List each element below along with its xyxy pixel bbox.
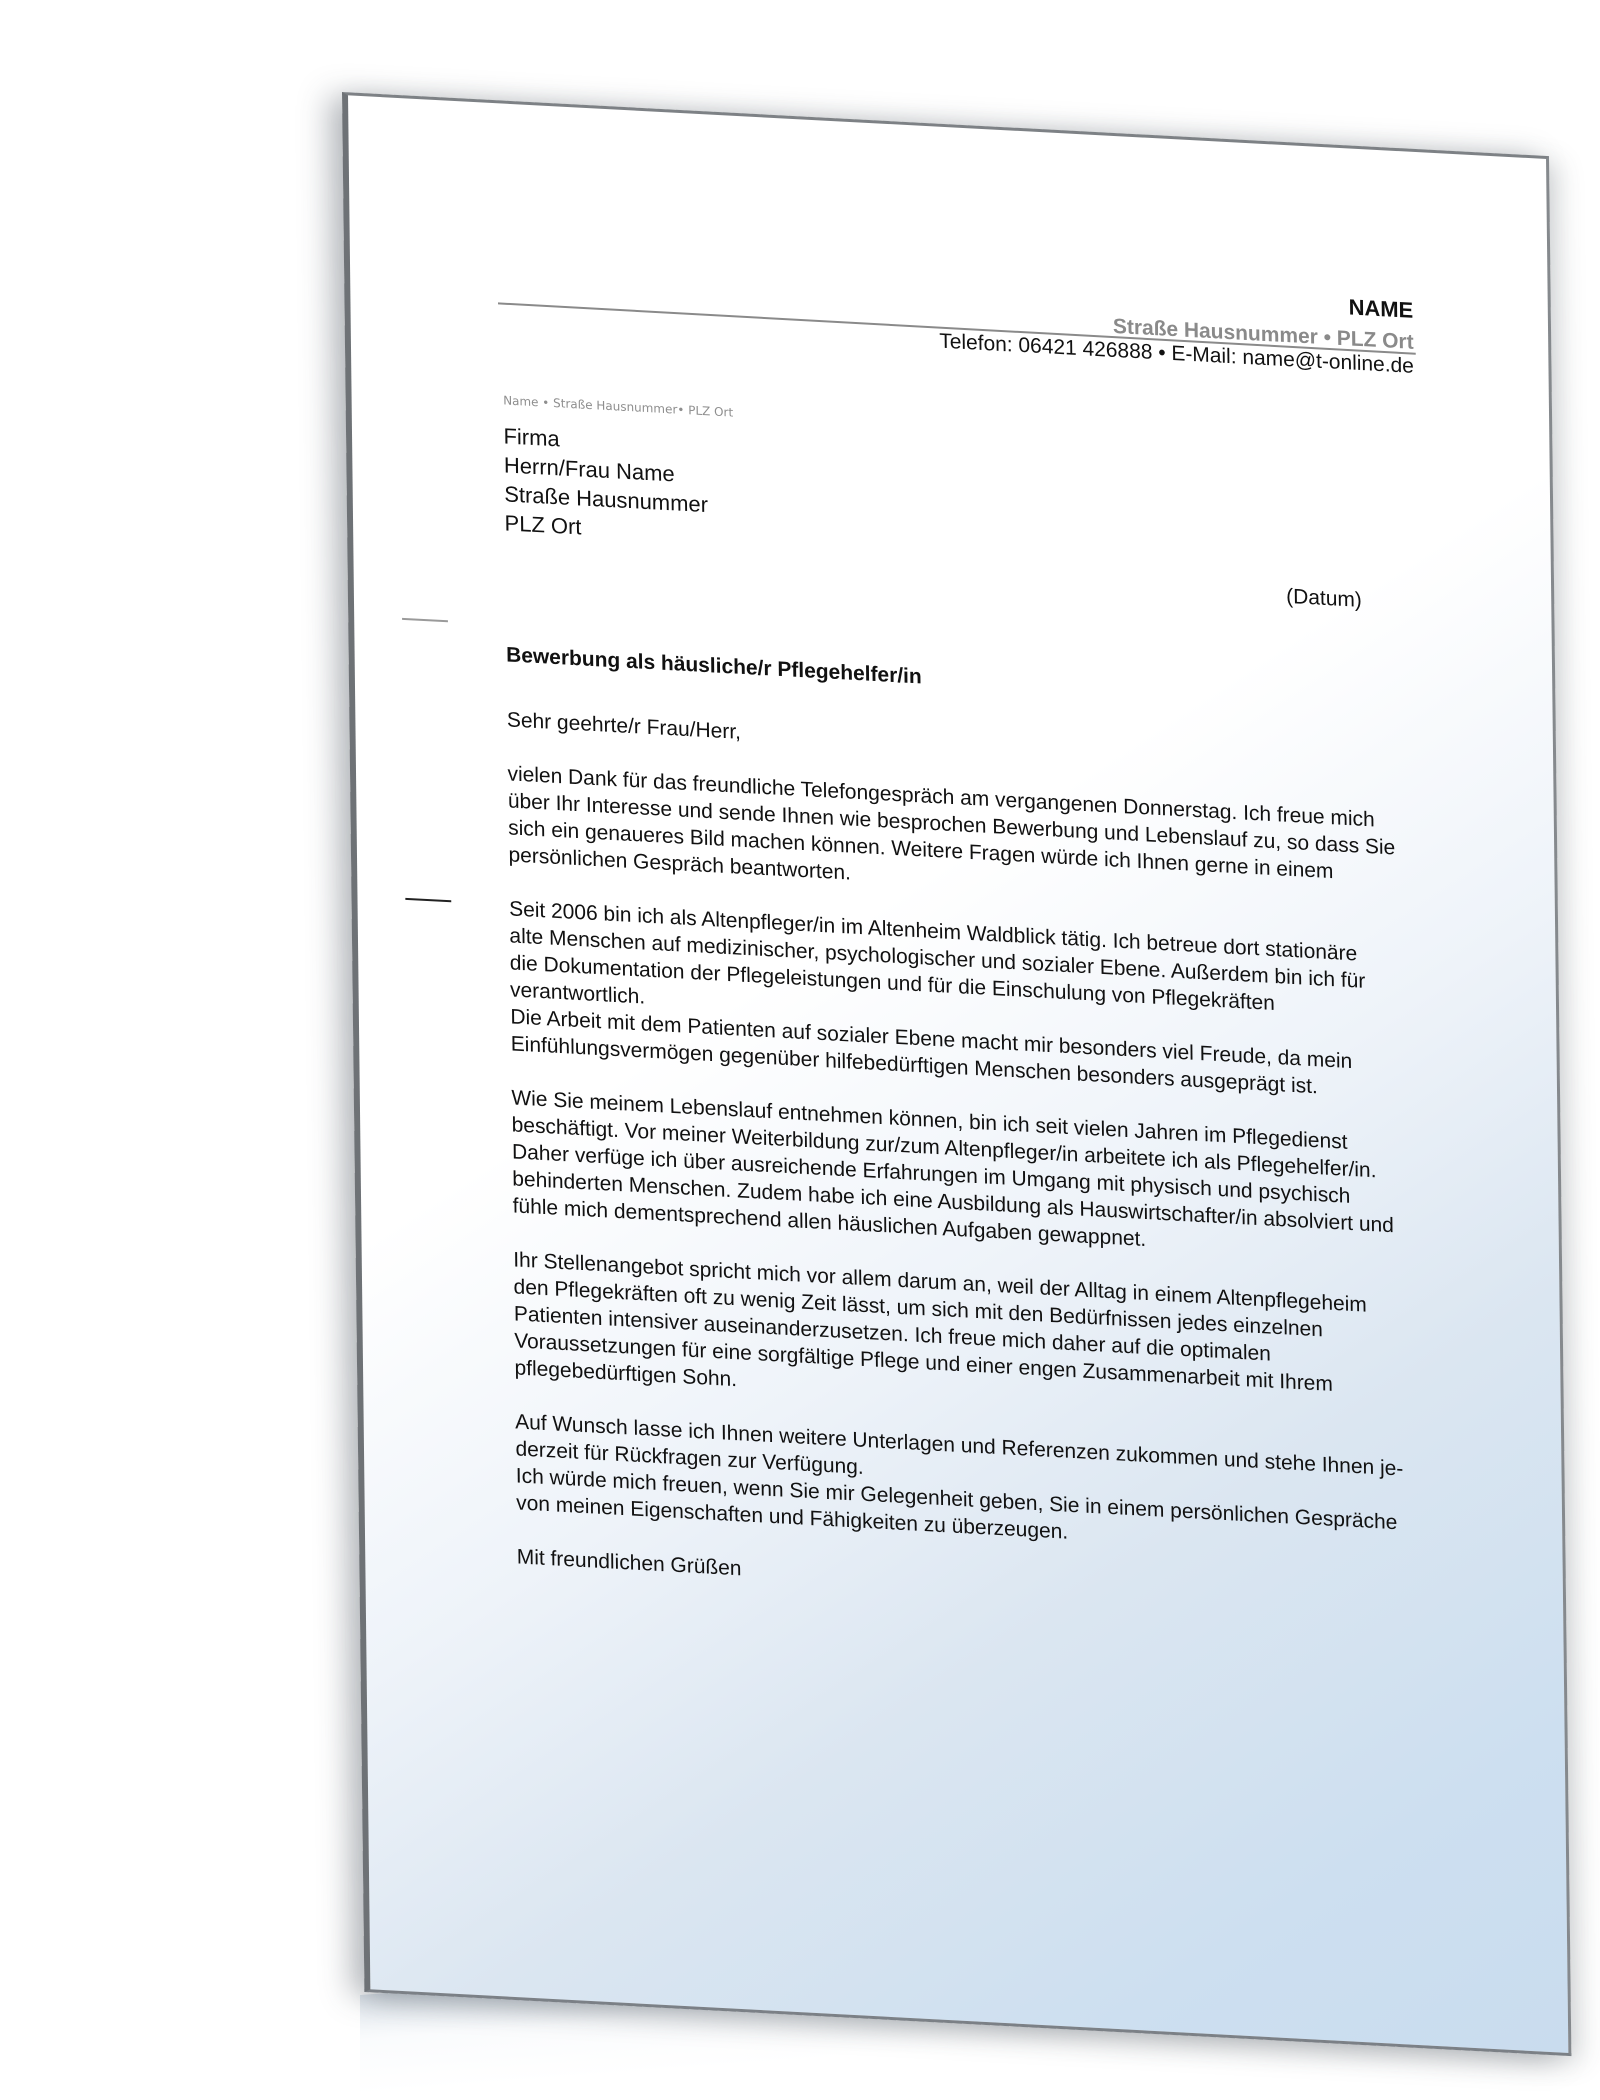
body-paragraph: Auf Wunsch lasse ich Ihnen weitere Unter…: [515, 1408, 1434, 1565]
body-paragraph: Wie Sie meinem Lebenslauf entnehmen könn…: [511, 1084, 1430, 1268]
return-address-line: Name • Straße Hausnummer• PLZ Ort: [503, 393, 733, 419]
recipient-block: Firma Herrn/Frau Name Straße Hausnummer …: [503, 421, 708, 548]
document-preview: NAME Straße Hausnummer • PLZ Ort Telefon…: [0, 0, 1600, 2100]
letter-body: Sehr geehrte/r Frau/Herr, vielen Dank fü…: [507, 706, 1435, 1646]
punch-mark: [405, 898, 451, 902]
letter-page: NAME Straße Hausnummer • PLZ Ort Telefon…: [342, 92, 1571, 2056]
fold-mark: [402, 618, 448, 622]
body-paragraph: Seit 2006 bin ich als Altenpfleger/in im…: [509, 895, 1429, 1106]
body-paragraph: Ihr Stellenangebot spricht mich vor alle…: [513, 1246, 1432, 1430]
subject-line: Bewerbung als häusliche/r Pflegehelfer/i…: [506, 643, 922, 689]
body-paragraphs: vielen Dank für das freundliche Telefong…: [507, 760, 1434, 1565]
letter-date: (Datum): [1286, 585, 1362, 613]
body-paragraph: vielen Dank für das freundliche Telefong…: [507, 760, 1426, 917]
sender-name: NAME: [1348, 294, 1413, 323]
